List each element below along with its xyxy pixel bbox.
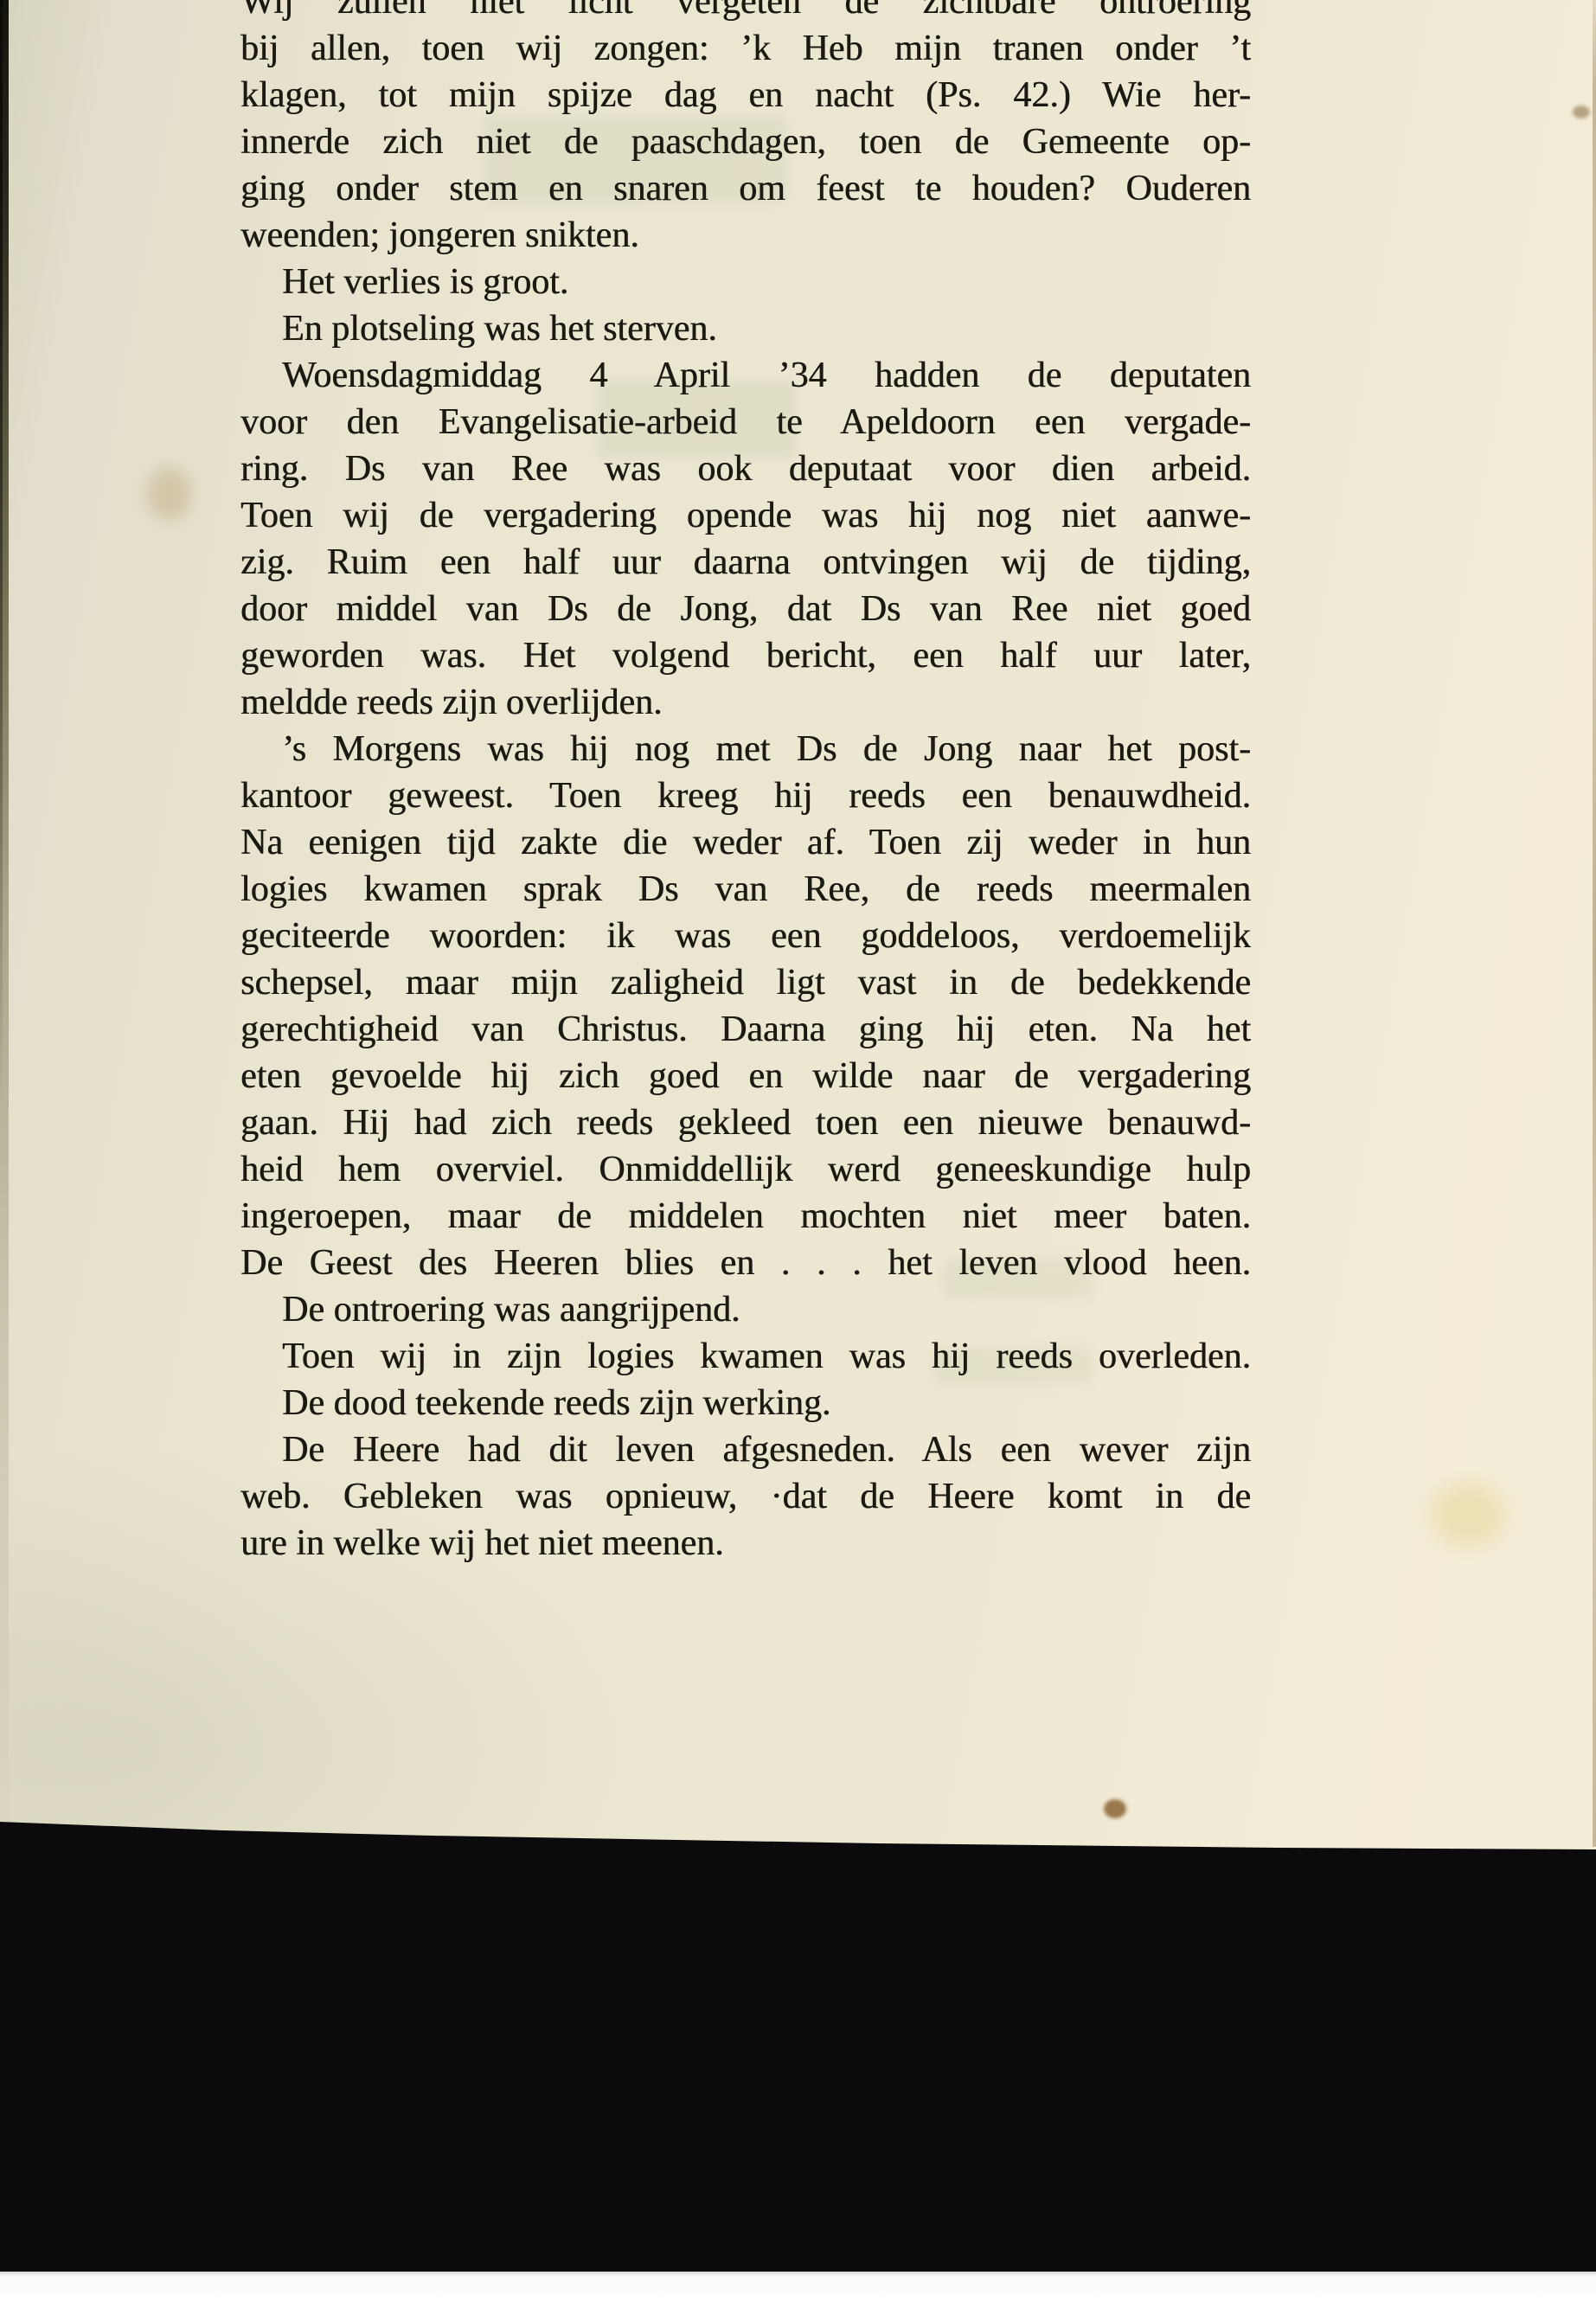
text-line: heid hem overviel. Onmiddellijk werd gen… [240, 1146, 1251, 1193]
text-line: ure in welke wij het niet meenen. [240, 1520, 1251, 1567]
text-line: gaan. Hij had zich reeds gekleed toen ee… [240, 1099, 1251, 1146]
scanner-bed-background [0, 1815, 1596, 2272]
text-line: Toen wij in zijn logies kwamen was hij r… [240, 1333, 1251, 1380]
text-line: geciteerde woorden: ik was een goddeloos… [240, 913, 1251, 959]
text-line: Na eenigen tijd zakte die weder af. Toen… [240, 819, 1251, 866]
text-line: Het verlies is groot. [240, 259, 1251, 305]
text-line: ingeroepen, maar de middelen mochten nie… [240, 1193, 1251, 1240]
scanner-edge-strip [0, 2272, 1596, 2301]
scanned-book-page: Wij zullen niet licht vergeten de zichtb… [0, 0, 1596, 2301]
text-line: door middel van Ds de Jong, dat Ds van R… [240, 586, 1251, 632]
text-line: schepsel, maar mijn zaligheid ligt vast … [240, 959, 1251, 1006]
text-line: ring. Ds van Ree was ook deputaat voor d… [240, 445, 1251, 492]
text-line: logies kwamen sprak Ds van Ree, de reeds… [240, 866, 1251, 913]
text-line: weenden; jongeren snikten. [240, 212, 1251, 259]
text-line: geworden was. Het volgend bericht, een h… [240, 632, 1251, 679]
text-line: voor den Evangelisatie-arbeid te Apeldoo… [240, 399, 1251, 445]
text-line: meldde reeds zijn overlijden. [240, 679, 1251, 726]
page-gutter-shadow [0, 0, 9, 1847]
text-line: kantoor geweest. Toen kreeg hij reeds ee… [240, 772, 1251, 819]
text-line: De dood teekende reeds zijn werking. [240, 1380, 1251, 1426]
paper-stain [1573, 106, 1590, 119]
text-line: Toen wij de vergadering opende was hij n… [240, 492, 1251, 539]
text-line: Woensdagmiddag 4 April ’34 hadden de dep… [240, 352, 1251, 399]
text-line: En plotseling was het sterven. [240, 305, 1251, 352]
text-line: klagen, tot mijn spijze dag en nacht (Ps… [240, 72, 1251, 119]
text-line: De Heere had dit leven afgesneden. Als e… [240, 1426, 1251, 1473]
text-line: De Geest des Heeren blies en . . . het l… [240, 1240, 1251, 1286]
text-line: zig. Ruim een half uur daarna ontvingen … [240, 539, 1251, 586]
page-right-edge-line [1593, 0, 1596, 1847]
text-line: gerechtigheid van Christus. Daarna ging … [240, 1006, 1251, 1053]
paper-stain [1432, 1484, 1505, 1546]
text-block: Wij zullen niet licht vergeten de zichtb… [240, 0, 1251, 1567]
text-line: ging onder stem en snaren om feest te ho… [240, 165, 1251, 212]
text-line: bij allen, toen wij zongen: ’k Heb mijn … [240, 25, 1251, 72]
text-line: eten gevoelde hij zich goed en wilde naa… [240, 1053, 1251, 1099]
text-line: web. Gebleken was opnieuw, ·dat de Heere… [240, 1473, 1251, 1520]
paper-stain [147, 467, 192, 521]
text-line: De ontroering was aangrijpend. [240, 1286, 1251, 1333]
text-line: Wij zullen niet licht vergeten de zichtb… [240, 0, 1251, 25]
text-line: innerde zich niet de paaschdagen, toen d… [240, 119, 1251, 165]
text-line: ’s Morgens was hij nog met Ds de Jong na… [240, 726, 1251, 772]
paper-stain [1104, 1799, 1126, 1818]
